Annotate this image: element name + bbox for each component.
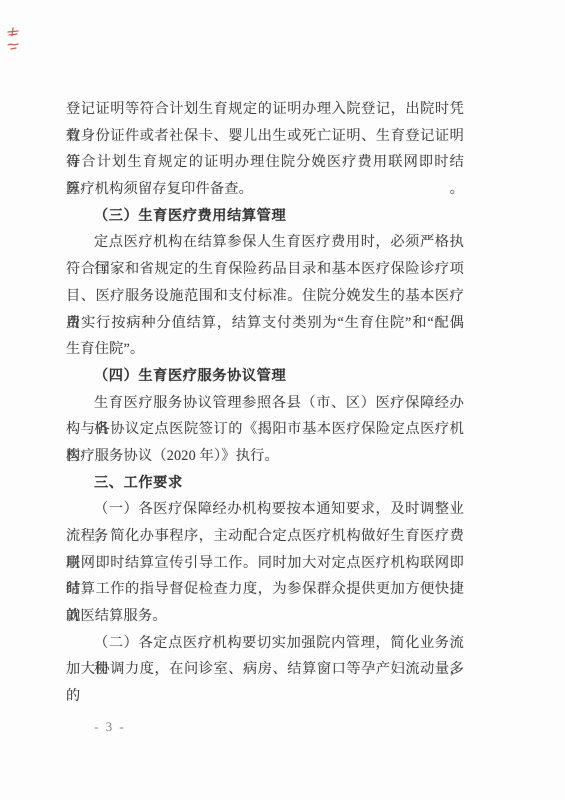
text-line: 用实行按病种分值结算，结算支付类别为“生育住院”和“配偶 bbox=[66, 310, 464, 337]
text-line: 符合国家和省规定的生育保险药品目录和基本医疗保险诊疗项 bbox=[66, 256, 464, 283]
text-line: 流程，简化办事程序，主动配合定点医疗机构做好生育医疗费用 bbox=[66, 523, 464, 550]
text-line: 生育住院”。 bbox=[66, 336, 464, 363]
text-line: 结算工作的指导督促检查力度，为参保群众提供更加方便快捷的 bbox=[66, 576, 464, 603]
section-heading: （三）生育医疗费用结算管理 bbox=[66, 203, 464, 230]
text-line: 医疗服务协议（2020 年）》执行。 bbox=[66, 443, 464, 470]
section-heading: 三、工作要求 bbox=[66, 470, 464, 497]
text-line: 就医结算服务。 bbox=[66, 603, 464, 630]
text-line: 生育医疗服务协议管理参照各县（市、区）医疗保障经办机 bbox=[66, 390, 464, 417]
page-number: - 3 - bbox=[94, 719, 126, 735]
text-line: （二）各定点医疗机构要切实加强院内管理，简化业务流程， bbox=[66, 630, 464, 657]
text-line: 加大协调力度，在问诊室、病房、结算窗口等孕产妇流动量多的 bbox=[66, 656, 464, 683]
document-page: 登记证明等符合计划生育规定的证明办理入院登记，出院时凭有 效身份证件或者社保卡、… bbox=[0, 0, 565, 800]
document-text-block: 登记证明等符合计划生育规定的证明办理入院登记，出院时凭有 效身份证件或者社保卡、… bbox=[66, 96, 464, 683]
red-annotation-marks-icon bbox=[5, 27, 25, 57]
text-line: 构与各协议定点医院签订的《揭阳市基本医疗保险定点医疗机构 bbox=[66, 416, 464, 443]
text-line: 联网即时结算宣传引导工作。同时加大对定点医疗机构联网即时 bbox=[66, 550, 464, 577]
section-heading: （四）生育医疗服务协议管理 bbox=[66, 363, 464, 390]
text-line: 登记证明等符合计划生育规定的证明办理入院登记，出院时凭有 bbox=[66, 96, 464, 123]
text-line: （一）各医疗保障经办机构要按本通知要求，及时调整业务 bbox=[66, 496, 464, 523]
text-line: 符合计划生育规定的证明办理住院分娩医疗费用联网即时结算。 bbox=[66, 149, 464, 176]
text-line: 目、医疗服务设施范围和支付标准。住院分娩发生的基本医疗费 bbox=[66, 283, 464, 310]
text-line: 定点医疗机构在结算参保人生育医疗费用时，必须严格执行 bbox=[66, 229, 464, 256]
text-line: 效身份证件或者社保卡、婴儿出生或死亡证明、生育登记证明等 bbox=[66, 123, 464, 150]
